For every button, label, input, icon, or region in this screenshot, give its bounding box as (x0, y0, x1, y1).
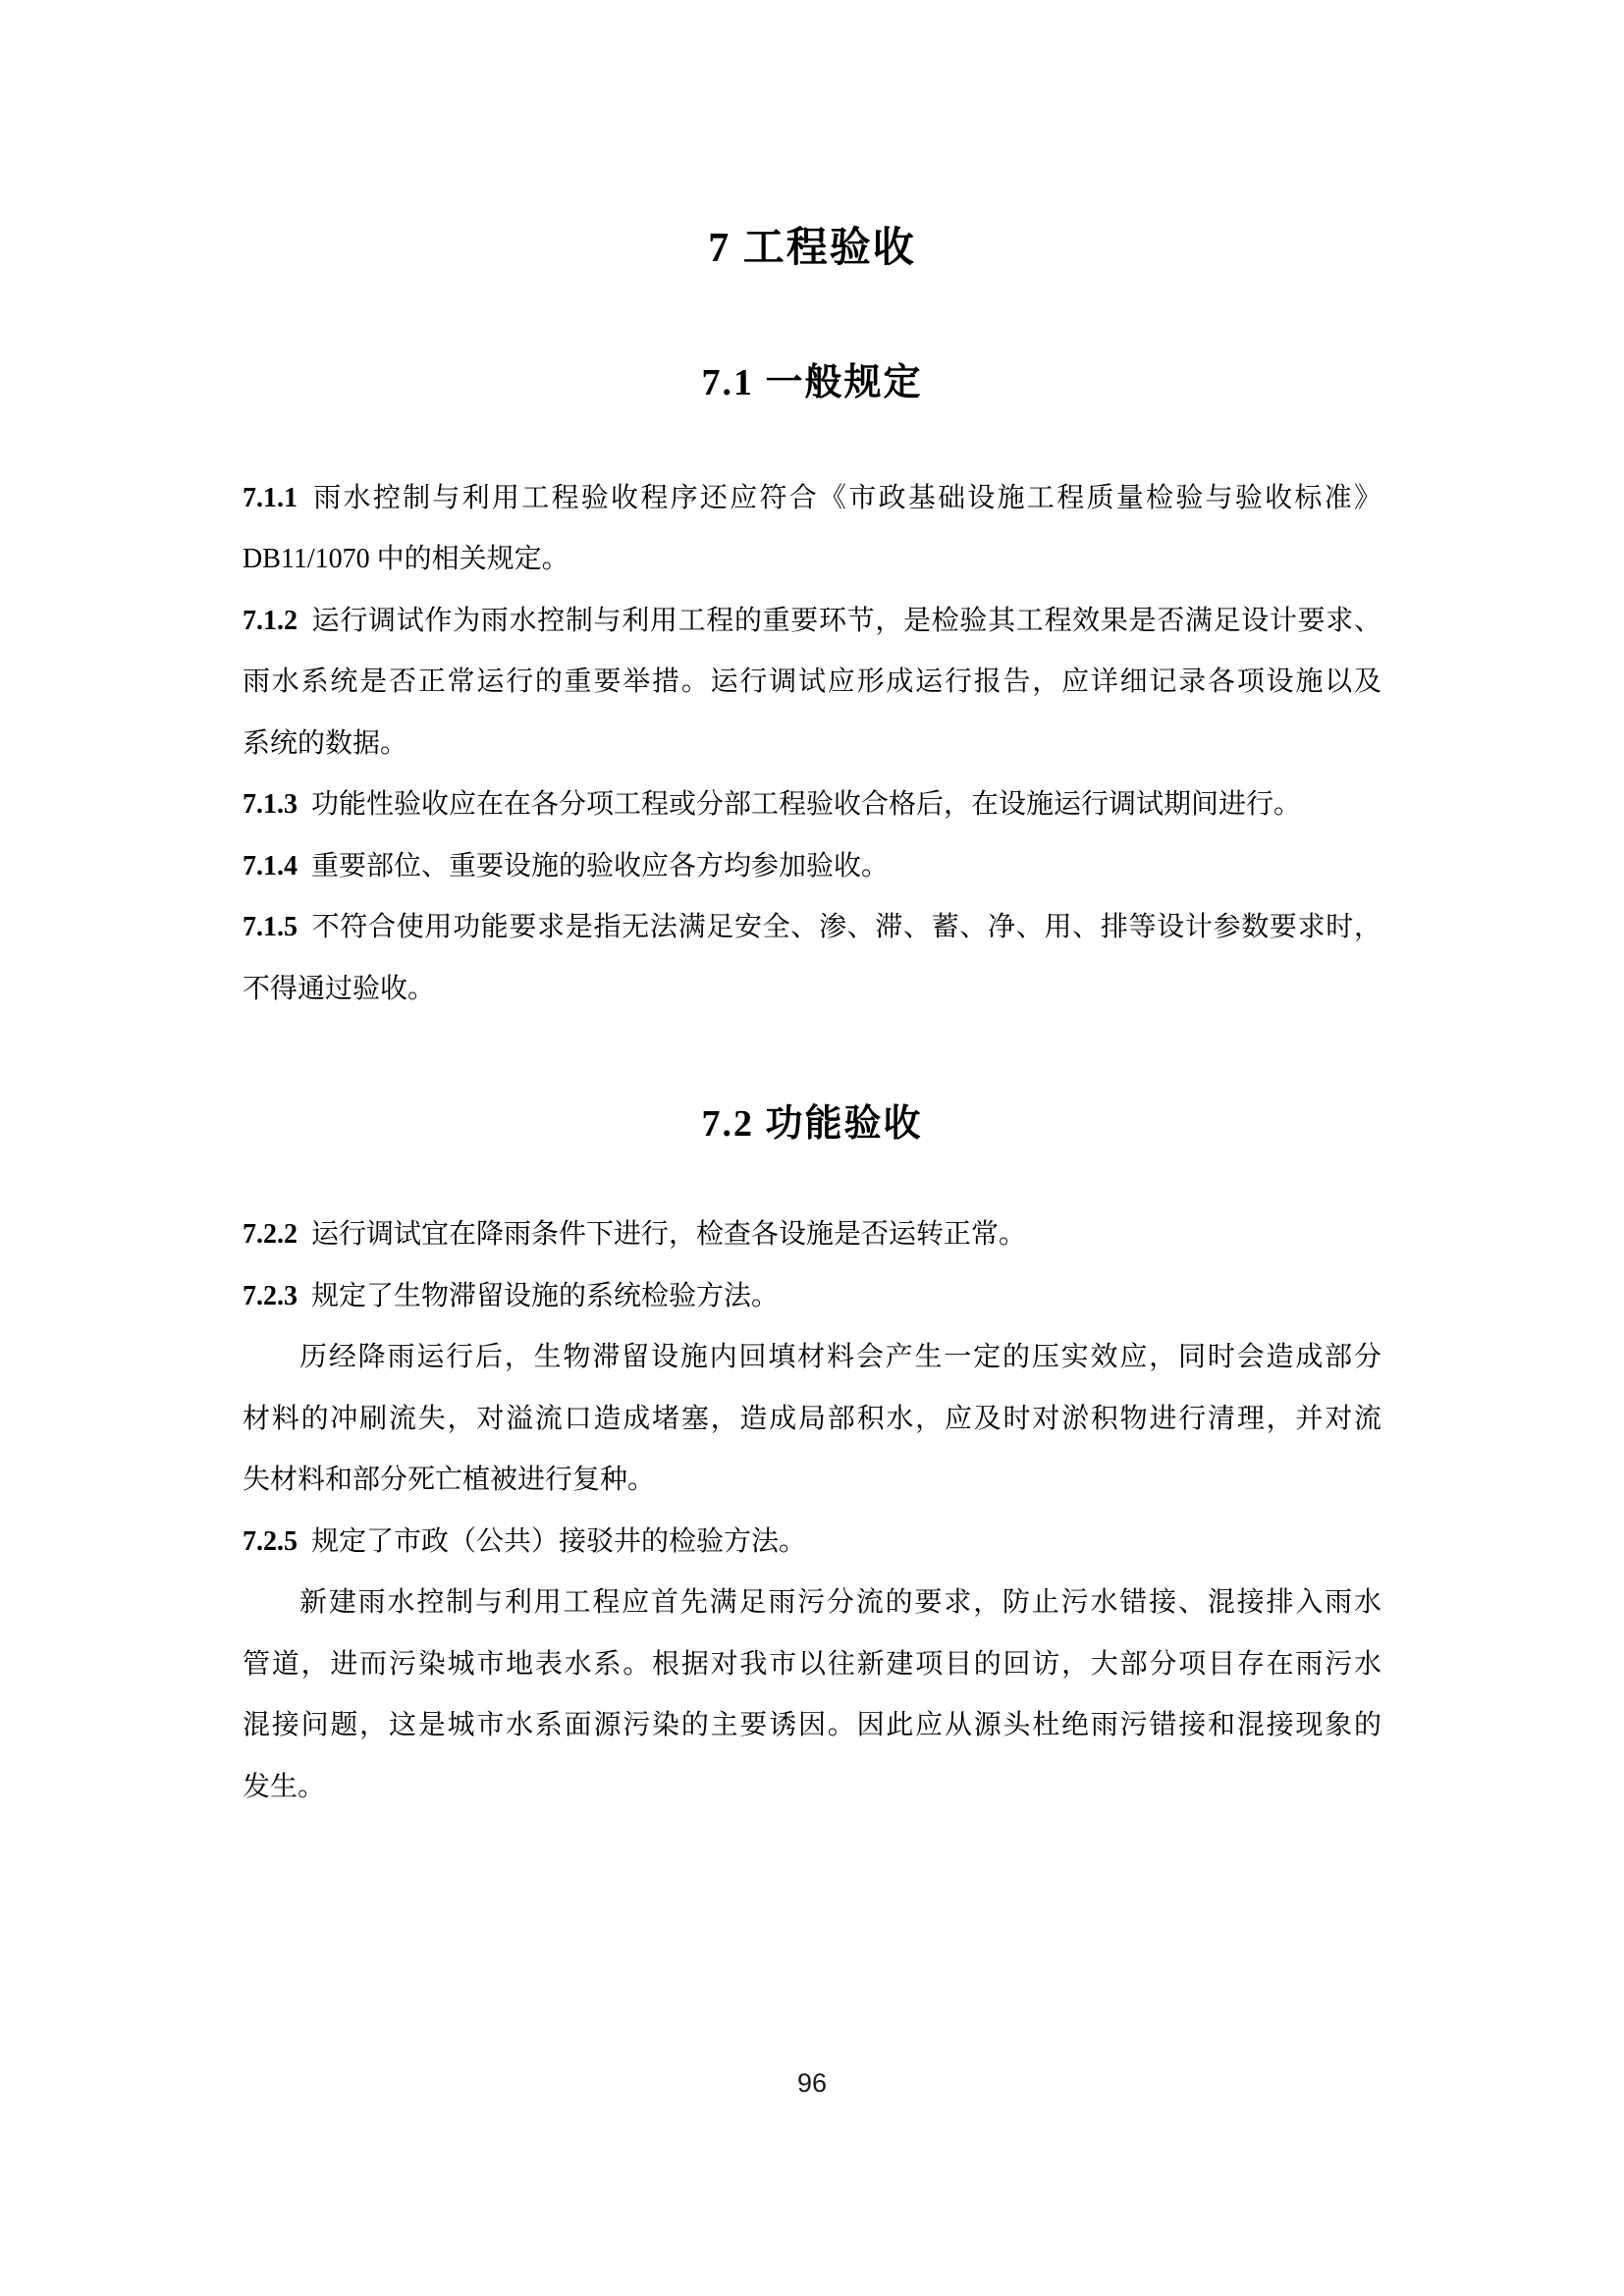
text-line: 7.1.1雨水控制与利用工程验收程序还应符合《市政基础设施工程质量检验与验收标准… (243, 468, 1381, 530)
clause-number: 7.1.1 (243, 483, 311, 513)
line-text: 运行调试宜在降雨条件下进行，检查各设施是否运转正常。 (311, 1219, 1026, 1250)
line-text: 管道，进而污染城市地表水系。根据对我市以往新建项目的回访，大部分项目存在雨污水 (243, 1649, 1381, 1680)
paragraph: 7.1.1雨水控制与利用工程验收程序还应符合《市政基础设施工程质量检验与验收标准… (243, 468, 1381, 591)
clause-number: 7.2.5 (243, 1526, 311, 1557)
section-heading: 7.2 功能验收 (243, 1104, 1381, 1146)
line-text: 不符合使用功能要求是指无法满足安全、渗、滞、蓄、净、用、排等设计参数要求时， (311, 912, 1381, 942)
text-line: 材料的冲刷流失，对溢流口造成堵塞，造成局部积水，应及时对淤积物进行清理，并对流 (243, 1389, 1381, 1451)
clause-number: 7.1.3 (243, 789, 311, 820)
text-line: 雨水系统是否正常运行的重要举措。运行调试应形成运行报告，应详细记录各项设施以及 (243, 652, 1381, 714)
clause-number: 7.1.4 (243, 851, 311, 881)
section: 7.2 功能验收7.2.2运行调试宜在降雨条件下进行，检查各设施是否运转正常。7… (243, 1104, 1381, 1818)
clause-number: 7.1.2 (243, 606, 311, 636)
line-text: 新建雨水控制与利用工程应首先满足雨污分流的要求，防止污水错接、混接排入雨水 (299, 1587, 1381, 1618)
line-text: 雨水系统是否正常运行的重要举措。运行调试应形成运行报告，应详细记录各项设施以及 (243, 667, 1381, 697)
clause-number: 7.2.3 (243, 1281, 311, 1311)
chapter-title: 7 工程验收 (243, 226, 1381, 271)
sections-container: 7.1 一般规定7.1.1雨水控制与利用工程验收程序还应符合《市政基础设施工程质… (243, 363, 1381, 1818)
text-line: 7.1.2运行调试作为雨水控制与利用工程的重要环节，是检验其工程效果是否满足设计… (243, 591, 1381, 653)
text-line: 7.2.3规定了生物滞留设施的系统检验方法。 (243, 1266, 1381, 1328)
text-line: DB11/1070 中的相关规定。 (243, 529, 1381, 591)
line-text: 失材料和部分死亡植被进行复种。 (243, 1465, 655, 1495)
text-line: 失材料和部分死亡植被进行复种。 (243, 1450, 1381, 1512)
line-text: 运行调试作为雨水控制与利用工程的重要环节，是检验其工程效果是否满足设计要求、 (311, 606, 1381, 636)
text-line: 7.2.5规定了市政（公共）接驳井的检验方法。 (243, 1512, 1381, 1574)
paragraph: 7.1.5不符合使用功能要求是指无法满足安全、渗、滞、蓄、净、用、排等设计参数要… (243, 897, 1381, 1020)
line-text: 发生。 (243, 1772, 325, 1802)
paragraph: 新建雨水控制与利用工程应首先满足雨污分流的要求，防止污水错接、混接排入雨水管道，… (243, 1573, 1381, 1818)
line-text: 材料的冲刷流失，对溢流口造成堵塞，造成局部积水，应及时对淤积物进行清理，并对流 (243, 1404, 1381, 1434)
paragraph: 历经降雨运行后，生物滞留设施内回填材料会产生一定的压实效应，同时会造成部分材料的… (243, 1327, 1381, 1512)
paragraph: 7.1.4重要部位、重要设施的验收应各方均参加验收。 (243, 836, 1381, 898)
line-text: 系统的数据。 (243, 728, 407, 759)
text-line: 7.2.2运行调试宜在降雨条件下进行，检查各设施是否运转正常。 (243, 1204, 1381, 1266)
line-text: 不得通过验收。 (243, 974, 435, 1004)
section: 7.1 一般规定7.1.1雨水控制与利用工程验收程序还应符合《市政基础设施工程质… (243, 363, 1381, 1020)
text-line: 系统的数据。 (243, 714, 1381, 775)
document-page: 7 工程验收 7.1 一般规定7.1.1雨水控制与利用工程验收程序还应符合《市政… (0, 0, 1624, 2296)
page-content: 7 工程验收 7.1 一般规定7.1.1雨水控制与利用工程验收程序还应符合《市政… (243, 0, 1381, 1818)
paragraph: 7.2.3规定了生物滞留设施的系统检验方法。 (243, 1266, 1381, 1328)
text-line: 不得通过验收。 (243, 959, 1381, 1021)
text-line: 7.1.5不符合使用功能要求是指无法满足安全、渗、滞、蓄、净、用、排等设计参数要… (243, 897, 1381, 959)
line-text: 混接问题，这是城市水系面源污染的主要诱因。因此应从源头杜绝雨污错接和混接现象的 (243, 1710, 1381, 1740)
line-text: DB11/1070 中的相关规定。 (243, 544, 569, 574)
clause-number: 7.2.2 (243, 1219, 311, 1250)
paragraph: 7.2.2运行调试宜在降雨条件下进行，检查各设施是否运转正常。 (243, 1204, 1381, 1266)
section-heading: 7.1 一般规定 (243, 363, 1381, 404)
text-line: 新建雨水控制与利用工程应首先满足雨污分流的要求，防止污水错接、混接排入雨水 (243, 1573, 1381, 1634)
paragraph: 7.2.5规定了市政（公共）接驳井的检验方法。 (243, 1512, 1381, 1574)
text-line: 7.1.4重要部位、重要设施的验收应各方均参加验收。 (243, 836, 1381, 898)
text-line: 发生。 (243, 1757, 1381, 1819)
paragraph: 7.1.3功能性验收应在在各分项工程或分部工程验收合格后，在设施运行调试期间进行… (243, 774, 1381, 836)
clause-number: 7.1.5 (243, 912, 311, 942)
text-line: 历经降雨运行后，生物滞留设施内回填材料会产生一定的压实效应，同时会造成部分 (243, 1327, 1381, 1389)
line-text: 规定了生物滞留设施的系统检验方法。 (311, 1281, 779, 1311)
line-text: 雨水控制与利用工程验收程序还应符合《市政基础设施工程质量检验与验收标准》 (311, 483, 1381, 513)
line-text: 重要部位、重要设施的验收应各方均参加验收。 (311, 851, 889, 881)
line-text: 规定了市政（公共）接驳井的检验方法。 (311, 1526, 806, 1557)
page-number: 96 (0, 2069, 1624, 2099)
text-line: 7.1.3功能性验收应在在各分项工程或分部工程验收合格后，在设施运行调试期间进行… (243, 774, 1381, 836)
line-text: 功能性验收应在在各分项工程或分部工程验收合格后，在设施运行调试期间进行。 (311, 789, 1301, 820)
line-text: 历经降雨运行后，生物滞留设施内回填材料会产生一定的压实效应，同时会造成部分 (299, 1342, 1381, 1372)
text-line: 混接问题，这是城市水系面源污染的主要诱因。因此应从源头杜绝雨污错接和混接现象的 (243, 1695, 1381, 1757)
paragraph: 7.1.2运行调试作为雨水控制与利用工程的重要环节，是检验其工程效果是否满足设计… (243, 591, 1381, 775)
text-line: 管道，进而污染城市地表水系。根据对我市以往新建项目的回访，大部分项目存在雨污水 (243, 1634, 1381, 1696)
